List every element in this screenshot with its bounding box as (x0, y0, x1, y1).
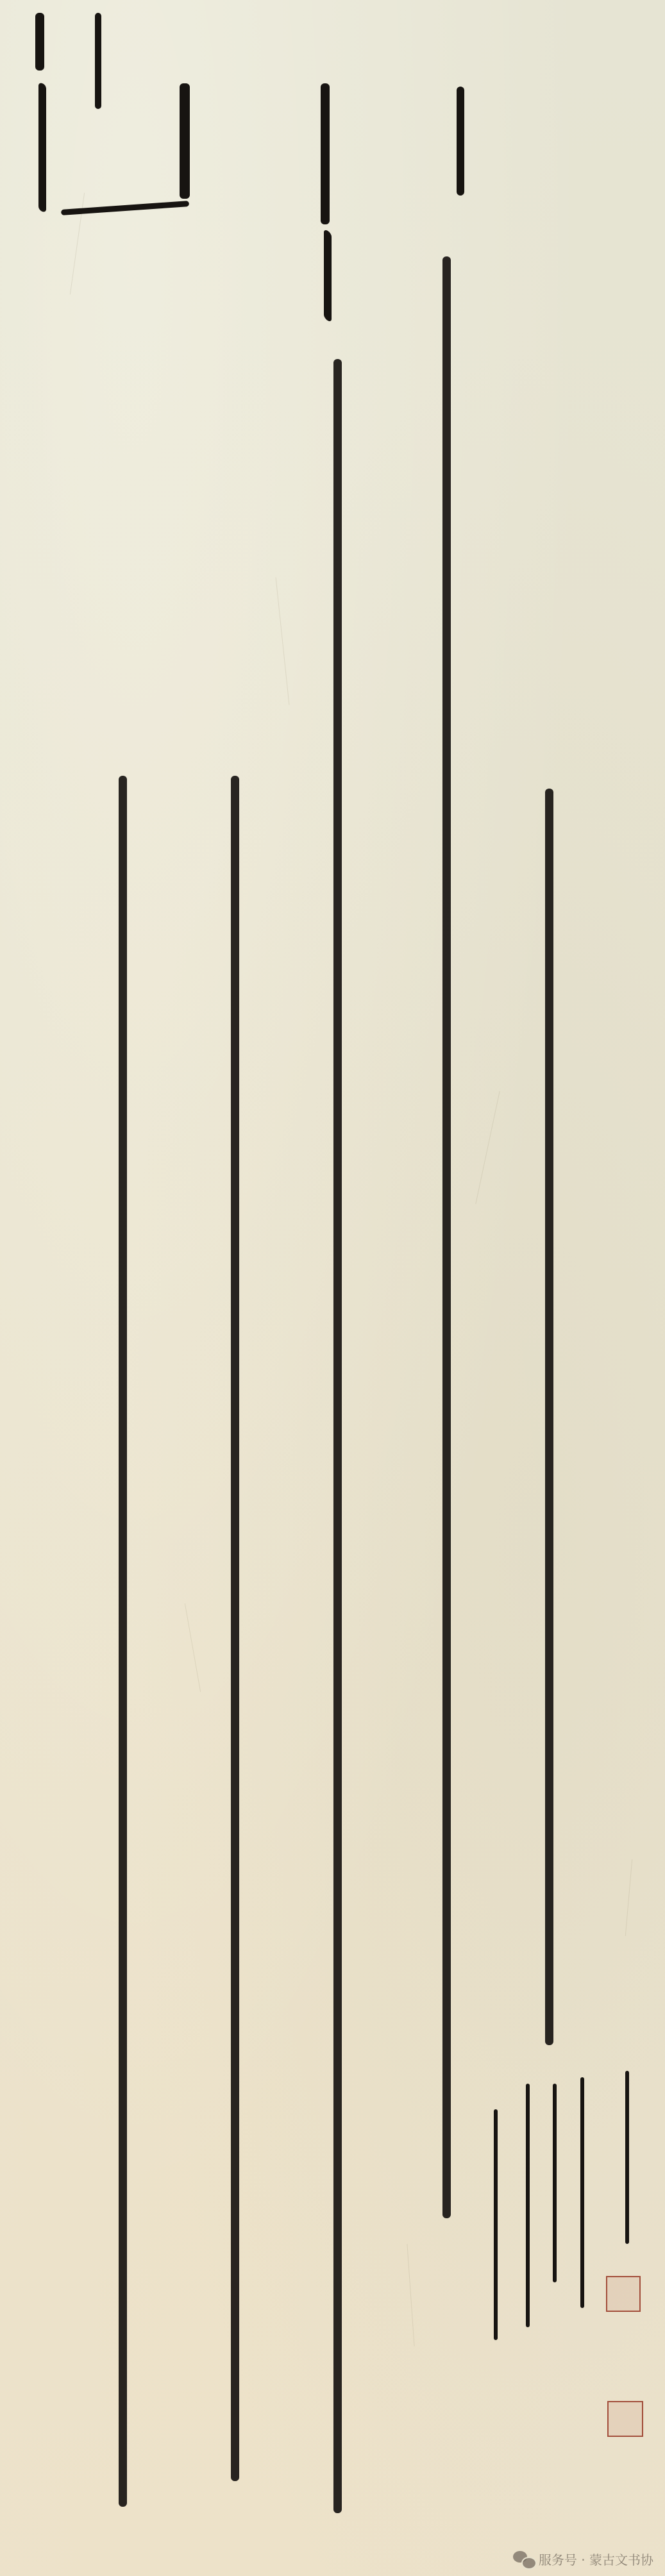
ink-stroke (442, 256, 451, 2218)
artist-seal-lower (607, 2401, 643, 2437)
watermark-text: 服务号 · 蒙古文书协 (539, 2550, 653, 2568)
ink-stroke (545, 789, 553, 2045)
ink-stroke (526, 2084, 530, 2327)
artist-seal-upper (606, 2276, 641, 2312)
ink-stroke (231, 776, 239, 2481)
ink-stroke (35, 13, 44, 71)
ink-stroke (321, 83, 330, 224)
ink-stroke (625, 2071, 629, 2244)
ink-stroke (494, 2109, 498, 2340)
wechat-icon (513, 2551, 535, 2568)
ink-stroke (119, 776, 127, 2507)
ink-stroke (457, 87, 464, 196)
ink-stroke (180, 83, 190, 199)
ink-stroke (580, 2077, 584, 2308)
ink-stroke (324, 229, 332, 323)
ink-stroke (333, 359, 342, 2513)
ink-stroke (38, 82, 46, 213)
ink-stroke (553, 2084, 557, 2282)
ink-stroke (95, 13, 101, 109)
scroll-paper (0, 0, 665, 2576)
watermark: 服务号 · 蒙古文书协 (513, 2550, 653, 2568)
